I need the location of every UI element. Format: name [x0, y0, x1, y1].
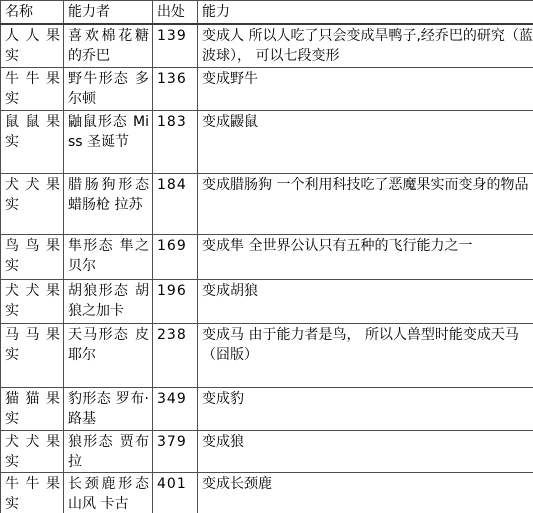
cell-fruit-name: 犬犬果实	[1, 173, 64, 234]
cell-fruit-name: 牛牛果实	[1, 67, 64, 110]
cell-source-chapter: 183	[153, 110, 198, 173]
cell-ability-description: 变成长颈鹿	[198, 472, 533, 513]
cell-ability-description: 变成胡狼	[198, 279, 533, 323]
cell-source-chapter: 196	[153, 279, 198, 323]
devil-fruit-table: 名称 能力者 出处 能力 人人果实喜欢棉花糖的乔巴139变成人 所以人吃了只会变…	[0, 0, 533, 513]
cell-ability-user: 长颈鹿形态 山风 卡古	[64, 472, 153, 513]
cell-source-chapter: 379	[153, 430, 198, 472]
cell-ability-user: 隼形态 隼之贝尔	[64, 234, 153, 279]
column-header-source: 出处	[153, 1, 198, 25]
cell-fruit-name: 犬犬果实	[1, 430, 64, 472]
cell-fruit-name: 马马果实	[1, 323, 64, 387]
cell-ability-description: 变成马 由于能力者是鸟， 所以人兽型时能变成天马（囧版）	[198, 323, 533, 387]
cell-fruit-name: 人人果实	[1, 24, 64, 67]
cell-source-chapter: 184	[153, 173, 198, 234]
cell-source-chapter: 349	[153, 387, 198, 430]
cell-source-chapter: 139	[153, 24, 198, 67]
cell-ability-user: 野牛形态 多尔顿	[64, 67, 153, 110]
cell-ability-user: 豹形态 罗布·路基	[64, 387, 153, 430]
column-header-ability: 能力	[198, 1, 533, 25]
cell-ability-user: 狼形态 贾布拉	[64, 430, 153, 472]
cell-ability-description: 变成豹	[198, 387, 533, 430]
cell-ability-description: 变成隼 全世界公认只有五种的飞行能力之一	[198, 234, 533, 279]
table-header: 名称 能力者 出处 能力	[1, 1, 533, 25]
cell-fruit-name: 猫猫果实	[1, 387, 64, 430]
table-row: 牛牛果实野牛形态 多尔顿136变成野牛	[1, 67, 533, 110]
cell-source-chapter: 136	[153, 67, 198, 110]
fruit-table-body: 人人果实喜欢棉花糖的乔巴139变成人 所以人吃了只会变成旱鸭子,经乔巴的研究（蓝…	[1, 24, 533, 513]
cell-source-chapter: 238	[153, 323, 198, 387]
table-row: 牛牛果实长颈鹿形态 山风 卡古401变成长颈鹿	[1, 472, 533, 513]
cell-ability-description: 变成鼹鼠	[198, 110, 533, 173]
table-row: 马马果实天马形态 皮耶尔238变成马 由于能力者是鸟， 所以人兽型时能变成天马（…	[1, 323, 533, 387]
cell-ability-user: 天马形态 皮耶尔	[64, 323, 153, 387]
cell-ability-user: 喜欢棉花糖的乔巴	[64, 24, 153, 67]
cell-fruit-name: 鼠鼠果实	[1, 110, 64, 173]
table-viewport: 名称 能力者 出处 能力 人人果实喜欢棉花糖的乔巴139变成人 所以人吃了只会变…	[0, 0, 533, 513]
cell-ability-description: 变成腊肠狗 一个利用科技吃了恶魔果实而变身的物品	[198, 173, 533, 234]
table-row: 犬犬果实胡狼形态 胡狼之加卡196变成胡狼	[1, 279, 533, 323]
cell-source-chapter: 169	[153, 234, 198, 279]
table-row: 犬犬果实腊肠狗形态 蜡肠枪 拉苏184变成腊肠狗 一个利用科技吃了恶魔果实而变身…	[1, 173, 533, 234]
table-row: 人人果实喜欢棉花糖的乔巴139变成人 所以人吃了只会变成旱鸭子,经乔巴的研究（蓝…	[1, 24, 533, 67]
table-row: 鸟鸟果实隼形态 隼之贝尔169变成隼 全世界公认只有五种的飞行能力之一	[1, 234, 533, 279]
header-row: 名称 能力者 出处 能力	[1, 1, 533, 25]
column-header-user: 能力者	[64, 1, 153, 25]
cell-ability-description: 变成野牛	[198, 67, 533, 110]
column-header-name: 名称	[1, 1, 64, 25]
cell-ability-description: 变成人 所以人吃了只会变成旱鸭子,经乔巴的研究（蓝波球）， 可以七段变形	[198, 24, 533, 67]
cell-fruit-name: 牛牛果实	[1, 472, 64, 513]
cell-ability-user: 腊肠狗形态 蜡肠枪 拉苏	[64, 173, 153, 234]
table-row: 鼠鼠果实鼬鼠形态 Miss 圣诞节183变成鼹鼠	[1, 110, 533, 173]
table-row: 猫猫果实豹形态 罗布·路基349变成豹	[1, 387, 533, 430]
cell-fruit-name: 犬犬果实	[1, 279, 64, 323]
cell-ability-user: 鼬鼠形态 Miss 圣诞节	[64, 110, 153, 173]
cell-source-chapter: 401	[153, 472, 198, 513]
table-row: 犬犬果实狼形态 贾布拉379变成狼	[1, 430, 533, 472]
cell-ability-description: 变成狼	[198, 430, 533, 472]
cell-fruit-name: 鸟鸟果实	[1, 234, 64, 279]
cell-ability-user: 胡狼形态 胡狼之加卡	[64, 279, 153, 323]
